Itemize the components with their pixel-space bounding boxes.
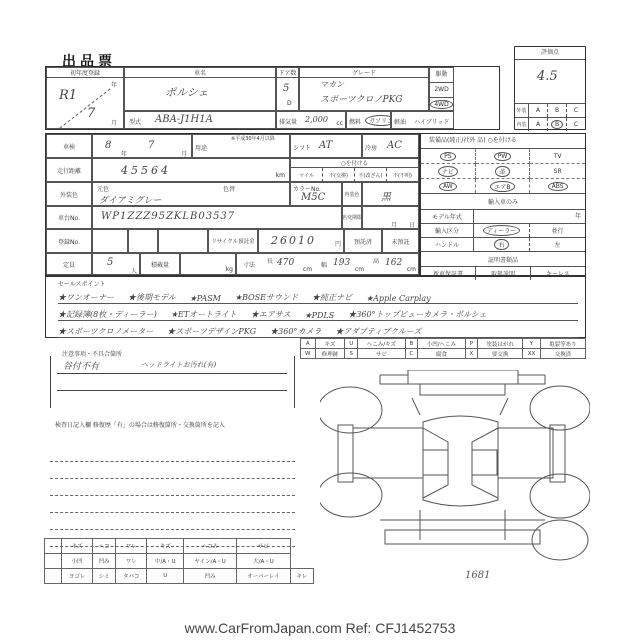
exterior-grade-b: B [548, 104, 567, 117]
legend-code: B [405, 339, 417, 349]
height-unit: cm [407, 266, 416, 273]
bottom-legend-header [45, 554, 62, 569]
width-unit: cm [355, 266, 364, 273]
load-value-cell: kg [180, 253, 236, 275]
bottom-legend-cell: 大/A・U [236, 554, 290, 569]
handle-right-circled: 右 [494, 239, 508, 250]
equipment-item-label: AW [439, 182, 457, 191]
load-unit: kg [226, 266, 233, 273]
recycle-status2-cell: 未預託 [382, 229, 419, 253]
inspector-line [50, 513, 295, 530]
displacement-value: 2,000 [305, 115, 328, 124]
equipment-item-label: ナビ [438, 166, 458, 177]
inspector-line [50, 496, 295, 513]
notes-box: 谷付不有 ヘッドライトお汚れ(有) [50, 356, 295, 408]
displacement-cell: 排気量 2,000 cc [276, 111, 346, 129]
sales-point-item: ★PASM [190, 294, 221, 303]
import-type-label: 輸入区分 [421, 224, 474, 237]
handle-label: ハンドル [421, 238, 474, 251]
sales-point-item: ★BOSEサウンド [235, 292, 298, 303]
equipment-item-label: TV [554, 153, 562, 160]
diagram-number: 1681 [465, 570, 490, 580]
name-change-label-cell: 名変期限 [342, 206, 362, 229]
model-type-value: ABA-J1H1A [155, 114, 213, 125]
doors-label: ドア数 [277, 68, 298, 78]
equipment-item: SR [530, 164, 585, 179]
bottom-legend-cell: 凹み [93, 554, 116, 569]
legend-meaning: 塗装はがれ [478, 339, 523, 349]
mileage-circle-note: ○を付ける [291, 159, 418, 168]
inspector-line [50, 445, 295, 462]
car-damage-diagram: 1681 [320, 370, 590, 580]
mileage-option-replaced: 不(交換) [323, 168, 355, 182]
mileage-unit: km [276, 172, 285, 179]
footer-reference: www.CarFromJapan.com Ref: CFJ1452753 [0, 620, 640, 636]
equipment-item: AW [421, 179, 476, 193]
sales-points-line: ★スポーツクロノメーター★スポーツデザインPKG★360°カメラ★アダプティブク… [58, 321, 578, 338]
doors-value: 5 [283, 83, 289, 94]
load-label: 積載量 [141, 254, 179, 274]
score-value: 4.5 [537, 69, 558, 84]
equipment-item-label: エアB [490, 181, 514, 192]
equipment-block: 装備品(純正/社外 品) ○を付ける PSPWTVナビ革SRAWエアBABS 輸… [420, 133, 586, 276]
import-type-row: 輸入区分 ディーラー 並行 [421, 224, 585, 238]
interior-color-value: 黒 [381, 188, 391, 203]
notes-line-1 [57, 373, 287, 374]
bottom-legend-cell: 小凹 [62, 554, 93, 569]
name-change-value-cell: 月 日 [362, 206, 419, 229]
sales-point-item: ★スポーツクロノメーター [58, 326, 153, 337]
equipment-item: PW [476, 149, 531, 164]
drive-2wd: 2WD [430, 83, 453, 98]
exterior-grade-a: A [529, 104, 548, 117]
legend-code: W [301, 349, 316, 359]
drive-4wd-circled: 4WD [430, 100, 452, 109]
equipment-item-label: SR [554, 168, 562, 175]
interior-color-label-cell: 内装色 [342, 182, 362, 206]
grade-value-line1: マカン [320, 79, 344, 90]
inspection-label-cell: 車検 [46, 134, 92, 158]
interior-grade-row: 内装 A B C [515, 118, 585, 131]
capacity-label-cell: 定員 [46, 253, 92, 275]
model-year-label: モデル年式 [421, 210, 474, 223]
interior-color-label: 内装色 [343, 183, 361, 205]
exterior-color-label-cell: 外装色 [46, 182, 92, 206]
equipment-item-label: 革 [495, 166, 509, 177]
registration-box-1 [92, 229, 128, 253]
exterior-grade-label: 外装 [515, 104, 529, 117]
bottom-legend-cell: U [147, 569, 184, 584]
bottom-legend-row: 小凹凹みワレ中/A・Uヤイン/A・U大/A・U [45, 554, 314, 569]
inspection-year: 8 [105, 140, 111, 151]
sales-point-item: ★エアサス [251, 309, 291, 320]
import-parallel: 並行 [530, 224, 585, 237]
vin-value: WP1ZZZ95ZKLB03537 [101, 211, 235, 222]
model-type-cell: 型式 ABA-J1H1A [124, 111, 276, 129]
drive-cell: 駆動 2WD 4WD [429, 67, 454, 111]
capacity-label: 定員 [47, 254, 91, 274]
name-change-month-unit: 月 [391, 220, 397, 229]
sales-points-line: ★記録簿(8枚・ディーラー)★ETオートライト★エアサス★PDLS★360°トッ… [58, 304, 578, 321]
sales-point-item: ★PDLS [305, 311, 335, 320]
dimensions-label: 寸法 [243, 260, 255, 269]
interior-grade-c: C [567, 118, 585, 131]
sales-point-item: ★アダプティブクルーズ [335, 326, 421, 337]
inspection-value-cell: 8 年 7 月 [92, 134, 192, 158]
ac-cell: 冷房 AC [362, 134, 419, 158]
notes-value-2: ヘッドライトお汚れ(有) [141, 360, 216, 370]
bottom-legend-row: キズヘコワレキズヘコみサビ [45, 539, 314, 554]
mileage-option-mile: マイル [291, 168, 323, 182]
bottom-legend-cell: ヘコ [93, 539, 116, 554]
mileage-value: 45564 [121, 164, 171, 177]
interior-color-value-cell: 黒 [362, 182, 419, 206]
bottom-legend-cell: サビ [236, 539, 290, 554]
sales-points-line: ★ワンオーナー★後期モデル★PASM★BOSEサウンド★純正ナビ★Apple C… [58, 287, 578, 304]
equipment-item: ナビ [421, 164, 476, 179]
recycle-value-cell: 26010 円 [258, 229, 344, 253]
sales-point-item: ★ワンオーナー [58, 292, 114, 303]
first-registration-cell: 初年度登録 年 R1 7 月 [46, 67, 124, 129]
fuel-alt-label: 軽油 [394, 117, 406, 126]
interior-grade-label: 内装 [515, 118, 529, 131]
first-registration-label: 初年度登録 [47, 68, 123, 78]
equipment-item-label: ABS [548, 182, 568, 191]
import-dealer-circled: ディーラー [483, 225, 521, 236]
mileage-options-cell: ○を付ける マイル 不(交換) 不(改ざん) 不(不明) [290, 158, 419, 182]
shift-cell: シフト AT [290, 134, 362, 158]
car-name-label: 車名 [125, 68, 275, 78]
usage-cell: 用途 ※平成30年4月以降 [192, 134, 290, 158]
ac-value: AC [387, 140, 402, 151]
bottom-legend-cell: ワレ [116, 554, 147, 569]
model-year-row: モデル年式 年 [421, 210, 585, 224]
equipment-item: エアB [476, 179, 531, 193]
year-unit: 年 [111, 80, 117, 89]
legend-code: C [405, 349, 417, 359]
score-box: 評価点 4.5 外装 A B C 内装 A B C [514, 46, 586, 130]
recycle-value: 26010 [271, 234, 316, 247]
mileage-option-unknown: 不(不明) [387, 168, 418, 182]
legend-meaning: 要交換 [478, 349, 523, 359]
exterior-color-value: ダイアミグレー [99, 193, 162, 206]
recycle-unit: 円 [335, 239, 341, 248]
sales-point-item: ★360°トップビューカメラ・ポルシェ [348, 309, 487, 320]
length-label: 長 [267, 256, 273, 265]
legend-meaning: 交換済 [540, 349, 585, 359]
exterior-grade-row: 外装 A B C [515, 104, 585, 118]
capacity-value-cell: 5 人 [92, 253, 140, 275]
legend-meaning: キズ [315, 339, 345, 349]
displacement-unit: cc [336, 120, 343, 127]
vin-label: 車台No. [47, 207, 91, 228]
equipment-item: 革 [476, 164, 531, 179]
inspector-lines [50, 445, 295, 547]
handle-row: ハンドル 右 左 [421, 238, 585, 252]
legend-meaning: 腐食 [417, 349, 465, 359]
recycle-label-cell: リサイクル預託金 [208, 229, 258, 253]
repaint-color-label: 色替 [223, 184, 235, 193]
legend-code: P [465, 339, 477, 349]
original-color-label: 元色 [97, 184, 109, 193]
legend-row: W修理跡SサビC腐食X要交換XX交換済 [301, 349, 586, 359]
inspector-line [50, 479, 295, 496]
equipment-grid: PSPWTVナビ革SRAWエアBABS [421, 149, 585, 193]
load-label-cell: 積載量 [140, 253, 180, 275]
usage-label: 用途 [195, 143, 207, 152]
mileage-label: 走行距離 [47, 159, 91, 181]
legend-row: AキズUへこみ/キズB小凹/へこみP塗装はがれY亀裂等あり [301, 339, 586, 349]
capacity-value: 5 [107, 257, 113, 268]
dimensions-cell: 寸法 長 470 cm 幅 193 cm 高 162 cm [236, 253, 419, 275]
length-value: 470 [277, 258, 294, 268]
legend-code: A [301, 339, 316, 349]
grade-cell: グレード マカン スポーツクロノPKG [299, 67, 429, 111]
bottom-legend-cell: 凹み [184, 569, 237, 584]
equipment-item: PS [421, 149, 476, 164]
inspector-label: 検査日記入欄 修復歴「有」の場合は修復箇所・交換箇所を記入 [55, 420, 225, 429]
width-value: 193 [333, 258, 350, 268]
registration-box-3 [158, 229, 208, 253]
model-type-label: 型式 [129, 117, 141, 126]
first-registration-year: R1 [59, 88, 77, 103]
bottom-legend-table: キズヘコワレキズヘコみサビ小凹凹みワレ中/A・Uヤイン/A・U大/A・Uヨゴレシ… [44, 538, 314, 584]
legend-code: XX [523, 349, 540, 359]
bottom-legend-cell: ヤイン/A・U [184, 554, 237, 569]
exterior-color-value-cell: 元色 色替 ダイアミグレー [92, 182, 290, 206]
legend-meaning: サビ [358, 349, 406, 359]
bottom-legend-cell: シミ [93, 569, 116, 584]
legend-meaning: 小凹/へこみ [417, 339, 465, 349]
mileage-label-cell: 走行距離 [46, 158, 92, 182]
bottom-legend-header [45, 539, 62, 554]
exterior-color-label: 外装色 [47, 183, 91, 205]
fuel-alt-value: ハイブリッド [414, 117, 449, 126]
equipment-item-label: PS [440, 152, 455, 161]
bottom-legend-header [45, 569, 62, 584]
fuel-cell: 燃料 ガソリン [346, 111, 391, 129]
bottom-legend-cell: 中/A・U [147, 554, 184, 569]
vin-label-cell: 車台No. [46, 206, 92, 229]
sales-point-item: ★Apple Carplay [366, 294, 431, 303]
equipment-title: 装備品(純正/社外 品) ○を付ける [421, 134, 585, 149]
legend-code: S [345, 349, 358, 359]
vin-value-cell: WP1ZZZ95ZKLB03537 [92, 206, 342, 229]
bottom-legend-cell: タバコ [116, 569, 147, 584]
damage-legend-table: AキズUへこみ/キズB小凹/へこみP塗装はがれY亀裂等ありW修理跡SサビC腐食X… [300, 338, 586, 359]
registration-label-cell: 登録No. [46, 229, 92, 253]
legend-meaning: 修理跡 [315, 349, 345, 359]
interior-grade-a: A [529, 118, 548, 131]
grade-label: グレード [300, 68, 428, 78]
sales-point-item: ★スポーツデザインPKG [167, 326, 256, 337]
first-registration-month: 7 [87, 106, 95, 121]
legend-code: U [345, 339, 358, 349]
inspection-month: 7 [148, 140, 154, 151]
sales-point-item: ★ETオートライト [171, 309, 237, 320]
score-label: 評価点 [515, 47, 585, 60]
recycle-status1-cell: 預託済 [344, 229, 382, 253]
recycle-status-deposited: 預託済 [345, 230, 381, 252]
bottom-legend-row: ヨゴレシミタバコU凹みオーバーレイキレ [45, 569, 314, 584]
sales-point-item: ★記録簿(8枚・ディーラー) [58, 309, 157, 320]
sales-point-item: ★後期モデル [128, 292, 176, 303]
legend-code: Y [523, 339, 540, 349]
inspector-line [50, 462, 295, 479]
sales-points-block: セールスポイント ★ワンオーナー★後期モデル★PASM★BOSEサウンド★純正ナ… [45, 276, 586, 338]
exterior-grade-c: C [567, 104, 585, 117]
height-label: 高 [373, 256, 379, 265]
name-change-day-unit: 日 [409, 220, 415, 229]
score-grade-rows: 外装 A B C 内装 A B C [515, 103, 585, 131]
inspection-label: 車検 [47, 135, 91, 157]
doors-cell: ドア数 5 D [276, 67, 299, 111]
bottom-legend-cell: ヘコみ [184, 539, 237, 554]
bottom-legend-cell: キズ [147, 539, 184, 554]
legend-meaning: 亀裂等あり [540, 339, 585, 349]
shift-label: シフト [293, 143, 311, 152]
fuel-alt-cell: 軽油 ハイブリッド [391, 111, 454, 129]
grade-value-line2: スポーツクロノPKG [320, 92, 403, 105]
bottom-legend-cell: キズ [62, 539, 93, 554]
car-name-cell: 車名 ポルシェ [124, 67, 276, 111]
equipment-item: TV [530, 149, 585, 164]
sales-point-item: ★純正ナビ [312, 292, 352, 303]
interior-grade-b-circled: B [551, 120, 563, 129]
model-year-unit: 年 [474, 210, 585, 223]
sales-point-item: ★360°カメラ [270, 326, 321, 337]
width-label: 幅 [321, 260, 327, 269]
notes-line-2 [57, 390, 287, 391]
registration-no-label: 登録No. [47, 230, 91, 252]
length-unit: cm [303, 266, 312, 273]
sales-points-lines: ★ワンオーナー★後期モデル★PASM★BOSEサウンド★純正ナビ★Apple C… [58, 287, 578, 338]
displacement-label: 排気量 [279, 117, 297, 126]
car-name-value: ポルシェ [165, 84, 209, 100]
color-no-cell: カラーNo. M5C [290, 182, 342, 206]
height-value: 162 [385, 258, 402, 268]
import-only-label: 輸入車のみ [421, 193, 585, 210]
month-unit: 月 [111, 118, 117, 127]
equipment-item: ABS [530, 179, 585, 193]
capacity-unit: 人 [131, 266, 137, 275]
handle-left: 左 [530, 238, 585, 251]
mileage-option-tampered: 不(改ざん) [355, 168, 387, 182]
notes-value-1: 谷付不有 [63, 359, 99, 372]
details-block: 車検 8 年 7 月 用途 ※平成30年4月以降 シフト AT 冷房 AC 走行… [45, 133, 420, 276]
ac-label: 冷房 [365, 143, 377, 152]
mileage-value-cell: 45564 km [92, 158, 290, 182]
inspection-month-unit: 月 [181, 149, 187, 158]
usage-note: ※平成30年4月以降 [231, 135, 275, 142]
shift-value: AT [319, 140, 332, 151]
bottom-legend-cell: キレ [290, 569, 313, 584]
drive-label: 駆動 [430, 68, 453, 83]
fuel-value-circled: ガソリン [365, 115, 391, 126]
color-no-value: M5C [301, 192, 325, 203]
doors-unit: D [287, 100, 292, 107]
recycle-label: リサイクル預託金 [209, 230, 257, 252]
registration-box-2 [128, 229, 158, 253]
header-block: 初年度登録 年 R1 7 月 車名 ポルシェ 型式 ABA-J1H1A ドア数 … [45, 66, 500, 130]
legend-meaning: へこみ/キズ [358, 339, 406, 349]
bottom-legend-cell: ヨゴレ [62, 569, 93, 584]
name-change-label: 名変期限 [343, 207, 361, 228]
fuel-label: 燃料 [349, 117, 361, 126]
legend-code: X [465, 349, 477, 359]
accessories-label: 証明書類品 [421, 252, 585, 267]
bottom-legend-cell: オーバーレイ [236, 569, 290, 584]
equipment-item-label: PW [494, 152, 512, 161]
inspection-year-unit: 年 [121, 149, 127, 158]
bottom-legend-cell: ワレ [116, 539, 147, 554]
recycle-status-not-deposited: 未預託 [383, 230, 418, 252]
